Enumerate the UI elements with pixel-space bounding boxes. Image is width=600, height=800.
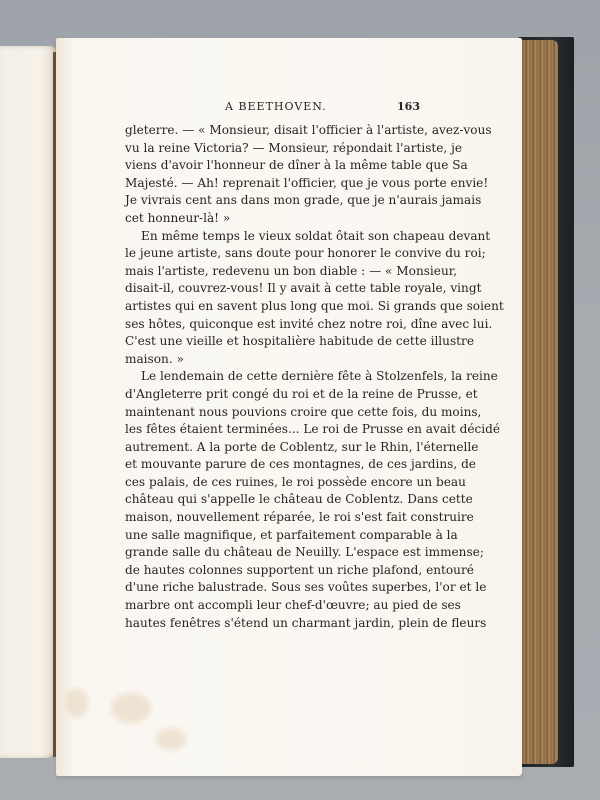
text-line: viens d'avoir l'honneur de dîner à la mê… — [125, 157, 421, 175]
text-line: château qui s'appelle le château de Cobl… — [125, 491, 421, 509]
text-line: maison. » — [125, 351, 421, 369]
text-line: maintenant nous pouvions croire que cett… — [125, 404, 421, 422]
body-text: gleterre. — « Monsieur, disait l'officie… — [125, 122, 421, 632]
text-line: de hautes colonnes supportent un riche p… — [125, 562, 421, 580]
text-line: d'une riche balustrade. Sous ses voûtes … — [125, 579, 421, 597]
foxing-stain — [111, 693, 151, 723]
text-line: Je vivrais cent ans dans mon grade, que … — [125, 192, 421, 210]
text-line: gleterre. — « Monsieur, disait l'officie… — [125, 122, 421, 140]
text-line: C'est une vieille et hospitalière habitu… — [125, 333, 421, 351]
text-line: maison, nouvellement réparée, le roi s'e… — [125, 509, 421, 527]
running-title: A BEETHOVEN. — [225, 100, 327, 113]
text-line: les fêtes étaient terminées... Le roi de… — [125, 421, 421, 439]
text-line: marbre ont accompli leur chef-d'œuvre; a… — [125, 597, 421, 615]
text-line: cet honneur-là! » — [125, 210, 421, 228]
text-line: Majesté. — Ah! reprenait l'officier, que… — [125, 175, 421, 193]
text-line: disait-il, couvrez-vous! Il y avait à ce… — [125, 280, 421, 298]
text-line: mais l'artiste, redevenu un bon diable :… — [125, 263, 421, 281]
text-line: vu la reine Victoria? — Monsieur, répond… — [125, 140, 421, 158]
page-header: A BEETHOVEN. 163 — [120, 100, 420, 116]
text-line: grande salle du château de Neuilly. L'es… — [125, 544, 421, 562]
text-line: et mouvante parure de ces montagnes, de … — [125, 456, 421, 474]
text-line: le jeune artiste, sans doute pour honore… — [125, 245, 421, 263]
foxing-stain — [156, 728, 186, 750]
text-line: autrement. A la porte de Coblentz, sur l… — [125, 439, 421, 457]
text-line: d'Angleterre prit congé du roi et de la … — [125, 386, 421, 404]
text-line: artistes qui en savent plus long que moi… — [125, 298, 421, 316]
text-line: ses hôtes, quiconque est invité chez not… — [125, 316, 421, 334]
left-page — [0, 46, 56, 758]
text-line: hautes fenêtres s'étend un charmant jard… — [125, 615, 421, 633]
foxing-stain — [66, 688, 88, 718]
page-fore-edge — [516, 40, 558, 764]
text-line: une salle magnifique, et parfaitement co… — [125, 527, 421, 545]
page-number: 163 — [397, 100, 420, 113]
text-line: Le lendemain de cette dernière fête à St… — [125, 368, 421, 386]
text-line: ces palais, de ces ruines, le roi possèd… — [125, 474, 421, 492]
text-line: En même temps le vieux soldat ôtait son … — [125, 228, 421, 246]
